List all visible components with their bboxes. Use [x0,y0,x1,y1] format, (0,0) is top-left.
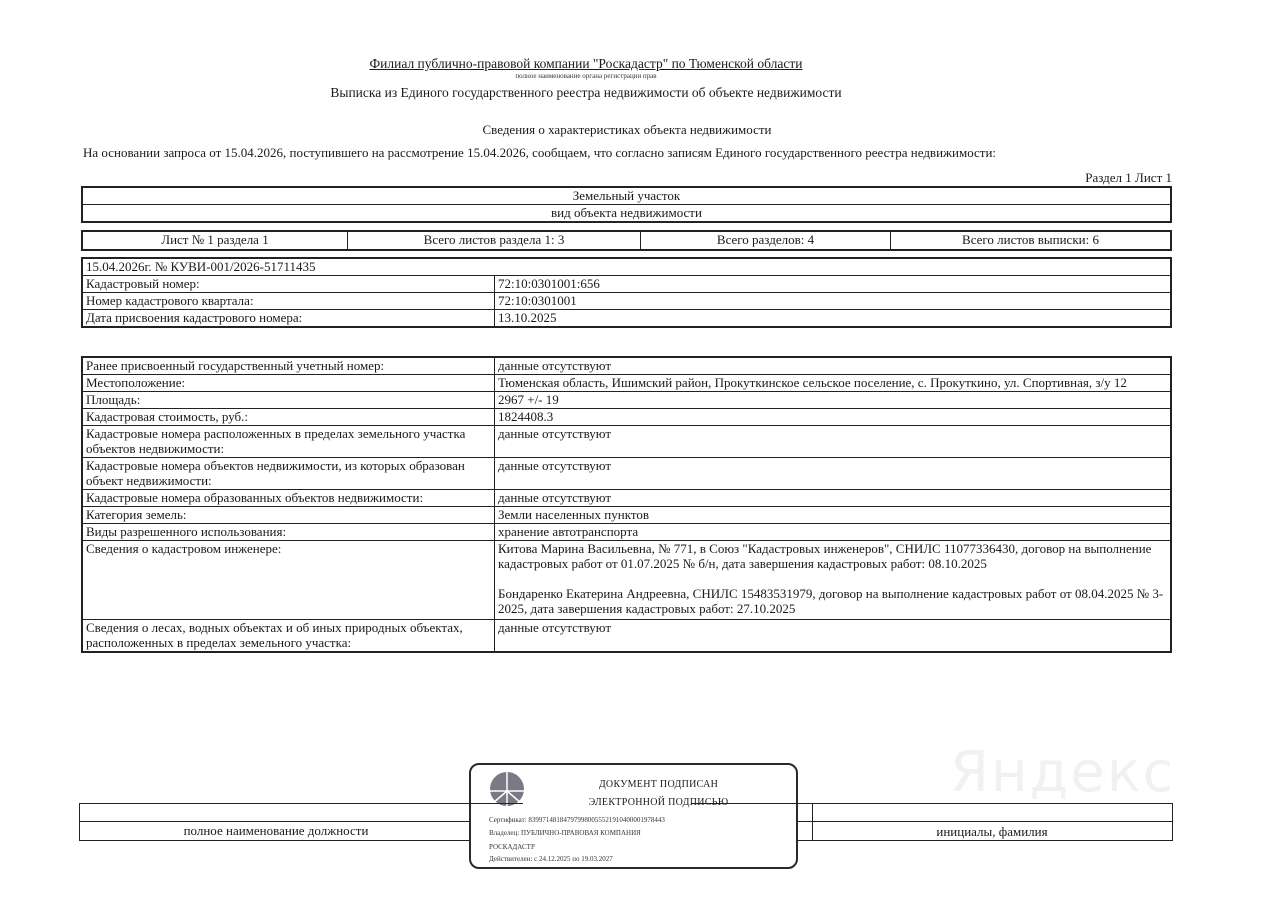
row-label: Сведения о кадастровом инженере: [82,541,495,620]
basis-text: На основании запроса от 15.04.2026, пост… [83,145,996,161]
stamp-owner: Владелец: ПУБЛИЧНО-ПРАВОВАЯ КОМПАНИЯ [489,829,641,837]
engineer-entry: Бондаренко Екатерина Андреевна, СНИЛС 15… [498,586,1167,616]
table-row: Дата присвоения кадастрового номера: 13.… [82,310,1171,328]
table-row: Ранее присвоенный государственный учетны… [82,357,1171,375]
table-row: Сведения о кадастровом инженере: Китова … [82,541,1171,620]
table-row: Кадастровый номер: 72:10:0301001:656 [82,276,1171,293]
row-label: Кадастровые номера образованных объектов… [82,490,495,507]
cadastral-cost-value: 1824408.3 [495,409,1172,426]
permitted-use-value: хранение автотранспорта [495,524,1172,541]
assignment-date: 13.10.2025 [495,310,1172,328]
row-value: данные отсутствуют [495,458,1172,490]
row-value: данные отсутствуют [495,490,1172,507]
watermark: Яндекс [950,740,1175,805]
table-row: Местоположение: Тюменская область, Ишимс… [82,375,1171,392]
section-sheets-count: Всего листов раздела 1: 3 [348,231,641,250]
table-row: Сведения о лесах, водных объектах и об и… [82,620,1171,653]
row-label: Кадастровые номера объектов недвижимости… [82,458,495,490]
organization-name: Филиал публично-правовой компании "Роска… [0,56,1172,72]
divider [461,803,523,804]
table-row: Кадастровая стоимость, руб.: 1824408.3 [82,409,1171,426]
table-row: Номер кадастрового квартала: 72:10:03010… [82,293,1171,310]
engineer-entry: Китова Марина Васильевна, № 771, в Союз … [498,541,1167,571]
object-type-caption: вид объекта недвижимости [82,205,1171,223]
row-label: Сведения о лесах, водных объектах и об и… [82,620,495,653]
stamp-subtitle: ЭЛЕКТРОННОЙ ПОДПИСЬЮ [531,797,786,808]
table-row: Площадь: 2967 +/- 19 [82,392,1171,409]
identification-table: 15.04.2026г. № КУВИ-001/2026-51711435 Ка… [81,257,1172,328]
row-label: Номер кадастрового квартала: [82,293,495,310]
electronic-signature-stamp: ДОКУМЕНТ ПОДПИСАН ЭЛЕКТРОННОЙ ПОДПИСЬЮ С… [469,763,798,869]
sheets-table: Лист № 1 раздела 1 Всего листов раздела … [81,230,1172,251]
table-row: Кадастровые номера объектов недвижимости… [82,458,1171,490]
row-value: данные отсутствуют [495,426,1172,458]
row-label: Кадастровые номера расположенных в преде… [82,426,495,458]
certificate-number: Сертификат: 8399714818479799800555219104… [489,816,665,824]
table-row: Кадастровые номера образованных объектов… [82,490,1171,507]
stamp-owner-name: РОСКАДАСТР [489,843,535,851]
total-sheets: Всего листов выписки: 6 [891,231,1172,250]
total-sections: Всего разделов: 4 [641,231,891,250]
position-caption: полное наименование должности [80,823,472,839]
sheet-reference: Раздел 1 Лист 1 [1085,170,1172,186]
divider [798,821,1172,822]
row-label: Кадастровая стоимость, руб.: [82,409,495,426]
stamp-title: ДОКУМЕНТ ПОДПИСАН [531,779,786,790]
divider [80,821,472,822]
row-label: Категория земель: [82,507,495,524]
area-value: 2967 +/- 19 [495,392,1172,409]
sheet-number: Лист № 1 раздела 1 [82,231,348,250]
record-number: 15.04.2026г. № КУВИ-001/2026-51711435 [82,258,1171,276]
location-value: Тюменская область, Ишимский район, Проку… [495,375,1172,392]
object-type: Земельный участок [82,187,1171,205]
table-row: Виды разрешенного использования: хранени… [82,524,1171,541]
name-caption: инициалы, фамилия [812,824,1172,840]
cadastral-quarter: 72:10:0301001 [495,293,1172,310]
row-label: Виды разрешенного использования: [82,524,495,541]
object-type-table: Земельный участок вид объекта недвижимос… [81,186,1172,223]
rosreestr-logo-icon [489,771,525,807]
engineer-value: Китова Марина Васильевна, № 771, в Союз … [495,541,1172,620]
row-label: Площадь: [82,392,495,409]
land-category-value: Земли населенных пунктов [495,507,1172,524]
table-row: Категория земель: Земли населенных пункт… [82,507,1171,524]
cadastral-number: 72:10:0301001:656 [495,276,1172,293]
section-title: Сведения о характеристиках объекта недви… [0,122,1254,138]
row-label: Местоположение: [82,375,495,392]
stamp-validity: Действителен: с 24.12.2025 по 19.03.2027 [489,855,613,863]
row-value: данные отсутствуют [495,357,1172,375]
position-signature-box: полное наименование должности [79,803,473,841]
row-label: Дата присвоения кадастрового номера: [82,310,495,328]
row-label: Ранее присвоенный государственный учетны… [82,357,495,375]
characteristics-table: Ранее присвоенный государственный учетны… [81,356,1172,653]
document-title: Выписка из Единого государственного реес… [0,85,1172,101]
name-signature-box: инициалы, фамилия [797,803,1173,841]
table-row: Кадастровые номера расположенных в преде… [82,426,1171,458]
organization-caption: полное наименование органа регистрации п… [0,72,1172,80]
row-label: Кадастровый номер: [82,276,495,293]
row-value: данные отсутствуют [495,620,1172,653]
